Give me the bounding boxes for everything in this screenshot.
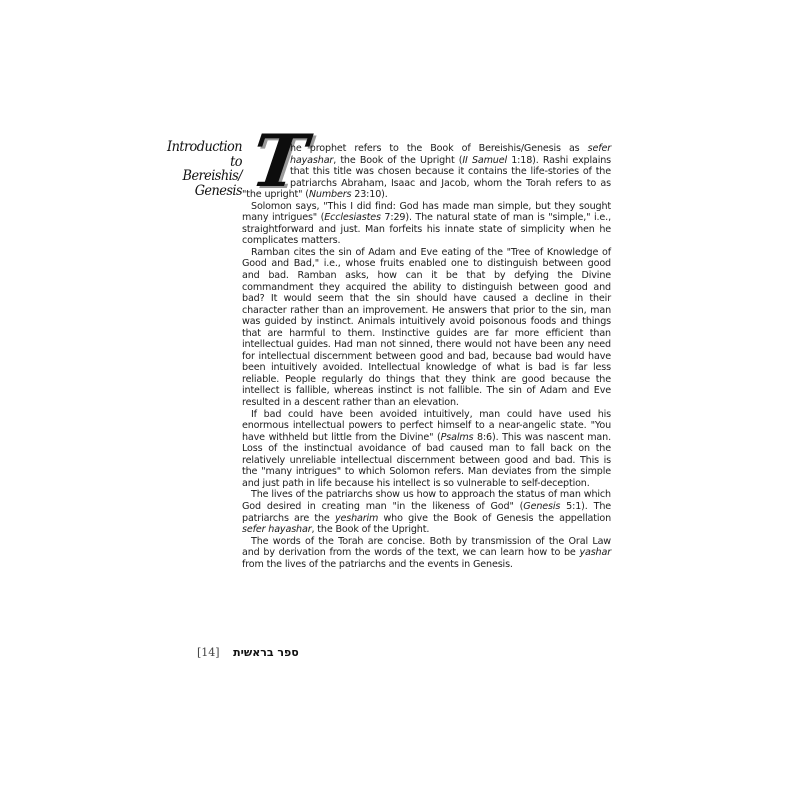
drop-cap-spacer [242,143,290,189]
italic-citation: Numbers [309,189,352,200]
italic-citation: Genesis [523,501,560,512]
text-segment: 23:10). [351,189,387,200]
side-heading-line: to [157,155,242,170]
text-segment: who give the Book of Genesis the appella… [378,513,611,524]
book-page: Introduction to Bereishis/ Genesis T he … [0,0,800,800]
italic-citation: Ecclesiastes [324,212,381,223]
chapter-side-heading: Introduction to Bereishis/ Genesis [157,140,242,198]
text-segment: from the lives of the patriarchs and the… [242,559,513,570]
italic-citation: yashar [579,547,611,558]
italic-citation: yesharim [335,513,378,524]
body-text: he prophet refers to the Book of Bereish… [242,143,611,570]
text-segment: , the Book of the Upright. [312,524,430,535]
text-segment: , the Book of the Upright ( [333,155,462,166]
paragraph: The words of the Torah are concise. Both… [242,536,611,571]
text-segment: The words of the Torah are concise. Both… [242,536,611,559]
page-number: [14] [197,646,220,659]
paragraph: The lives of the patriarchs show us how … [242,489,611,535]
text-segment: he prophet refers to the Book of Bereish… [290,143,588,154]
paragraph: Ramban cites the sin of Adam and Eve eat… [242,247,611,409]
text-segment: Ramban cites the sin of Adam and Eve eat… [242,247,611,408]
running-title: ספר בראשית [233,646,299,659]
italic-citation: II Samuel [462,155,507,166]
paragraph: he prophet refers to the Book of Bereish… [242,143,611,201]
italic-citation: sefer hayashar [242,524,312,535]
side-heading-line: Bereishis/ [157,169,242,184]
page-footer: [14] ספר בראשית [197,646,299,659]
paragraph: If bad could have been avoided intuitive… [242,409,611,490]
paragraph: Solomon says, "This I did find: God has … [242,201,611,247]
side-heading-line: Introduction [157,140,242,155]
side-heading-line: Genesis [157,184,242,199]
italic-citation: Psalms [441,432,474,443]
